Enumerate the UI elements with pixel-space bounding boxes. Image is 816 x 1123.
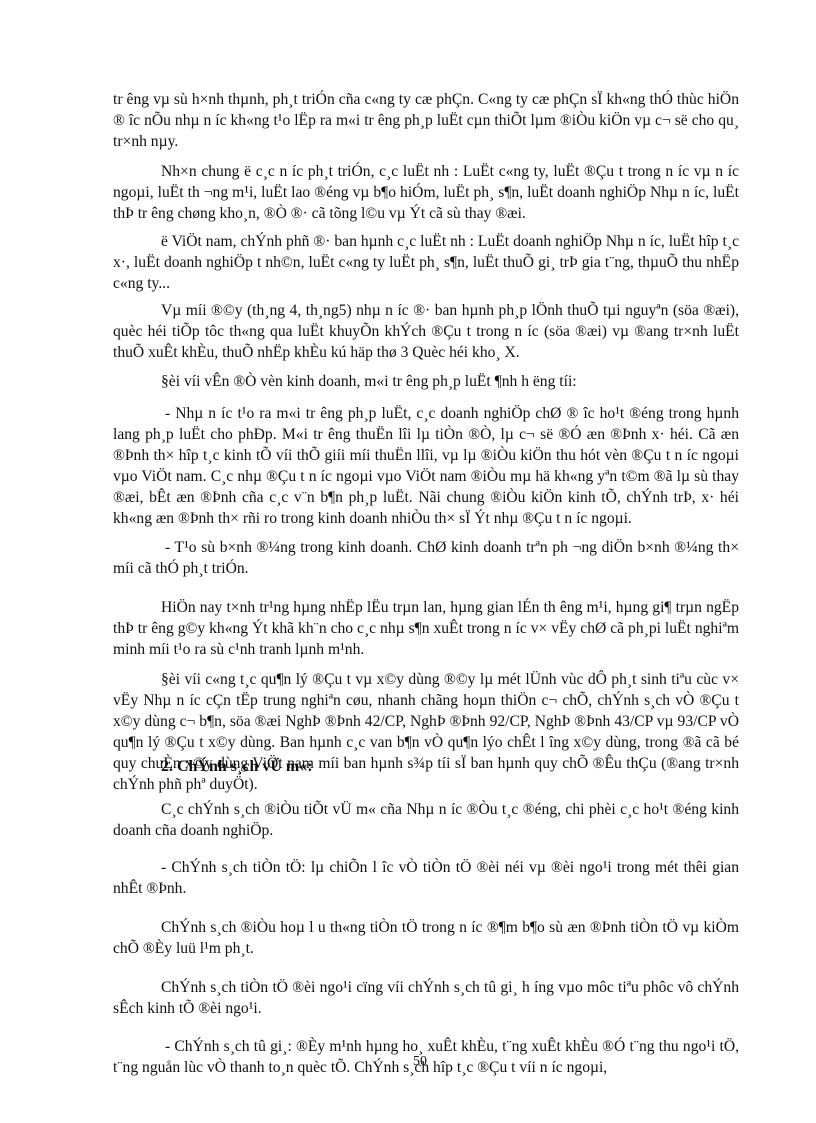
paragraph-3: ë ViÖt nam, chÝnh phñ ®· ban hµnh c¸c lu… bbox=[113, 231, 739, 294]
paragraph-2: Nh×n chung ë c¸c n íc ph¸t triÓn, c¸c lu… bbox=[113, 161, 739, 224]
paragraph-10: C¸c chÝnh s¸ch ®iÒu tiÕt vÜ m« cña Nhµ n… bbox=[113, 799, 739, 841]
section-heading: 2. ChÝnh s¸ch vÜ m«: bbox=[161, 756, 313, 777]
paragraph-12: ChÝnh s¸ch ®iÒu hoµ l u th«ng tiÒn tÖ tr… bbox=[113, 917, 739, 959]
paragraph-4: Vµ míi ®©y (th¸ng 4, th¸ng5) nhµ n íc ®·… bbox=[113, 300, 739, 363]
paragraph-6: - Nhµ n íc t¹o ra m«i tr êng ph¸p luËt, … bbox=[113, 403, 739, 529]
paragraph-5: §èi víi vÊn ®Ò vèn kinh doanh, m«i tr ên… bbox=[113, 371, 739, 392]
paragraph-8: HiÖn nay t×nh tr¹ng hµng nhËp lËu trµn l… bbox=[113, 597, 739, 660]
paragraph-7: - T¹o sù b×nh ®¼ng trong kinh doanh. ChØ… bbox=[113, 537, 739, 579]
paragraph-1: tr êng vµ sù h×nh thµnh, ph¸t triÓn cña … bbox=[113, 89, 739, 152]
document-page: tr êng vµ sù h×nh thµnh, ph¸t triÓn cña … bbox=[0, 0, 816, 1123]
paragraph-11: - ChÝnh s¸ch tiÒn tÖ: lµ chiÕn l îc vÒ t… bbox=[113, 857, 739, 899]
page-number: 50 bbox=[400, 1054, 440, 1070]
paragraph-13: ChÝnh s¸ch tiÒn tÖ ®èi ngo¹i cïng víi ch… bbox=[113, 977, 739, 1019]
